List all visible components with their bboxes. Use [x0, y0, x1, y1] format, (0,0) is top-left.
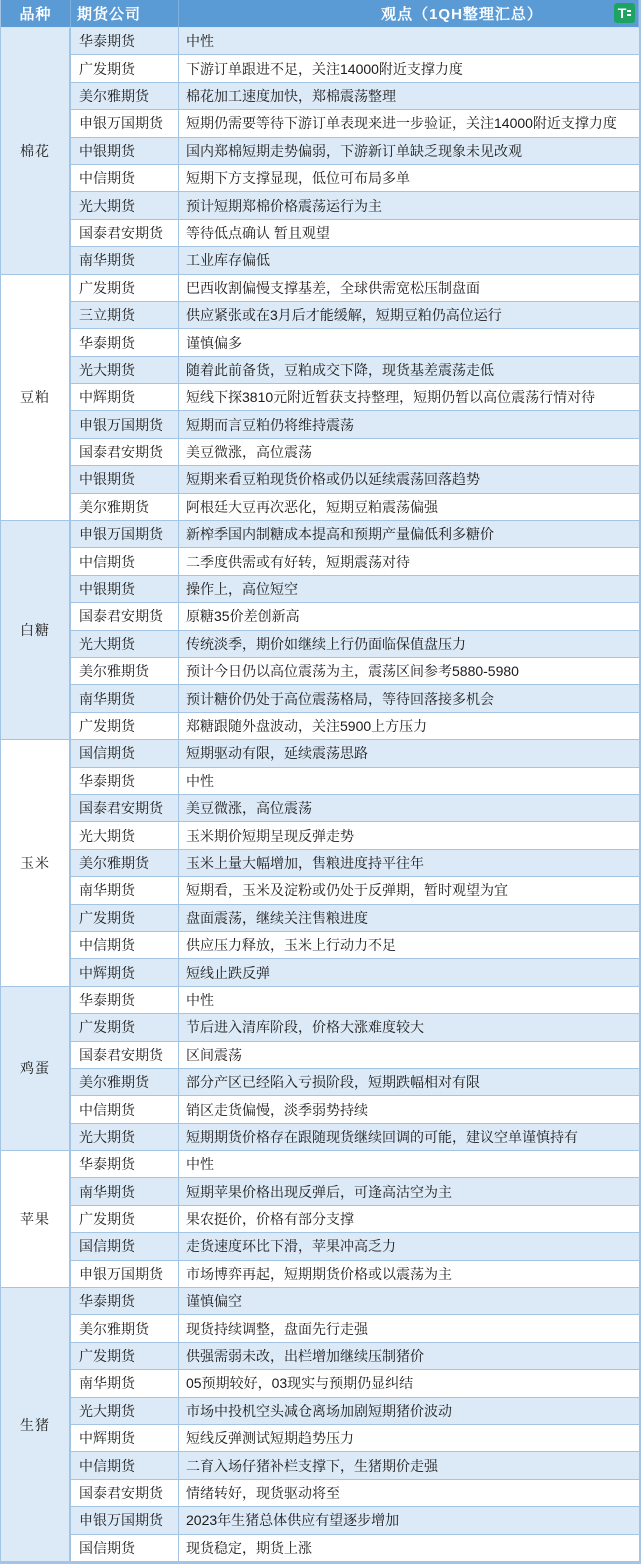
viewpoint-cell: 2023年生猪总体供应有望逐步增加 — [179, 1507, 639, 1534]
viewpoint-cell: 短线止跌反弹 — [179, 959, 639, 986]
viewpoint-cell: 预计糖价仍处于高位震荡格局，等待回落接多机会 — [179, 685, 639, 712]
viewpoint-cell: 等待低点确认 暂且观望 — [179, 220, 639, 247]
viewpoint-cell: 谨慎偏多 — [179, 329, 639, 356]
company-cell: 广发期货 — [71, 713, 179, 740]
company-cell: 中辉期货 — [71, 959, 179, 986]
company-cell: 广发期货 — [71, 905, 179, 932]
company-cell: 申银万国期货 — [71, 110, 179, 137]
viewpoint-cell: 短期来看豆粕现货价格或仍以延续震荡回落趋势 — [179, 466, 639, 493]
viewpoint-cell: 随着此前备货，豆粕成交下降，现货基差震荡走低 — [179, 357, 639, 384]
commodity-cell: 豆粕 — [1, 275, 71, 522]
viewpoint-cell: 传统淡季，期价如继续上行仍面临保值盘压力 — [179, 631, 639, 658]
viewpoint-cell: 棉花加工速度加快，郑棉震荡整理 — [179, 83, 639, 110]
viewpoint-cell: 二季度供需或有好转，短期震荡对待 — [179, 548, 639, 575]
company-cell: 中信期货 — [71, 165, 179, 192]
viewpoint-cell: 销区走货偏慢，淡季弱势持续 — [179, 1096, 639, 1123]
viewpoint-cell: 二育入场仔猪补栏支撑下，生猪期价走强 — [179, 1452, 639, 1479]
viewpoint-cell: 巴西收割偏慢支撑基差，全球供需宽松压制盘面 — [179, 275, 639, 302]
header-category: 品种 — [1, 0, 71, 28]
company-cell: 美尔雅期货 — [71, 494, 179, 521]
company-cell: 美尔雅期货 — [71, 1315, 179, 1342]
commodity-cell: 鸡蛋 — [1, 987, 71, 1151]
viewpoint-cell: 短期仍需要等待下游订单表现来进一步验证，关注14000附近支撑力度 — [179, 110, 639, 137]
company-cell: 国信期货 — [71, 740, 179, 767]
company-cell: 南华期货 — [71, 1370, 179, 1397]
company-cell: 申银万国期货 — [71, 1261, 179, 1288]
company-cell: 国泰君安期货 — [71, 439, 179, 466]
company-cell: 中银期货 — [71, 138, 179, 165]
viewpoint-cell: 供强需弱未改，出栏增加继续压制猪价 — [179, 1343, 639, 1370]
company-cell: 广发期货 — [71, 1343, 179, 1370]
viewpoint-cell: 现货持续调整，盘面先行走强 — [179, 1315, 639, 1342]
company-cell: 南华期货 — [71, 877, 179, 904]
viewpoint-cell: 短期期货价格存在跟随现货继续回调的可能，建议空单谨慎持有 — [179, 1124, 639, 1151]
company-cell: 华泰期货 — [71, 1288, 179, 1315]
company-cell: 光大期货 — [71, 822, 179, 849]
company-cell: 中信期货 — [71, 932, 179, 959]
company-cell: 美尔雅期货 — [71, 850, 179, 877]
viewpoint-cell: 供应压力释放，玉米上行动力不足 — [179, 932, 639, 959]
viewpoint-cell: 短期苹果价格出现反弹后，可逢高沽空为主 — [179, 1178, 639, 1205]
company-cell: 国泰君安期货 — [71, 220, 179, 247]
company-cell: 华泰期货 — [71, 768, 179, 795]
viewpoint-cell: 新榨季国内制糖成本提高和预期产量偏低利多糖价 — [179, 521, 639, 548]
viewpoint-cell: 郑糖跟随外盘波动，关注5900上方压力 — [179, 713, 639, 740]
company-cell: 光大期货 — [71, 1124, 179, 1151]
company-cell: 国泰君安期货 — [71, 603, 179, 630]
viewpoint-cell: 05预期较好，03现实与预期仍显纠结 — [179, 1370, 639, 1397]
company-cell: 中信期货 — [71, 548, 179, 575]
viewpoint-cell: 供应紧张或在3月后才能缓解，短期豆粕仍高位运行 — [179, 302, 639, 329]
viewpoint-cell: 短线下探3810元附近暂获支持整理，短期仍暂以高位震荡行情对待 — [179, 384, 639, 411]
company-cell: 国信期货 — [71, 1535, 179, 1562]
viewpoint-cell: 部分产区已经陷入亏损阶段，短期跌幅相对有限 — [179, 1069, 639, 1096]
viewpoint-cell: 盘面震荡，继续关注售粮进度 — [179, 905, 639, 932]
viewpoint-cell: 中性 — [179, 1151, 639, 1178]
viewpoint-cell: 果农挺价，价格有部分支撑 — [179, 1206, 639, 1233]
viewpoint-cell: 区间震荡 — [179, 1042, 639, 1069]
viewpoint-cell: 预计短期郑棉价格震荡运行为主 — [179, 192, 639, 219]
company-cell: 南华期货 — [71, 1178, 179, 1205]
commodity-cell: 玉米 — [1, 740, 71, 987]
company-cell: 中信期货 — [71, 1452, 179, 1479]
ifind-logo-icon: T — [614, 3, 635, 23]
viewpoint-cell: 阿根廷大豆再次恶化，短期豆粕震荡偏强 — [179, 494, 639, 521]
company-cell: 国泰君安期货 — [71, 1480, 179, 1507]
viewpoint-cell: 中性 — [179, 28, 639, 55]
company-cell: 南华期货 — [71, 247, 179, 274]
company-cell: 广发期货 — [71, 1206, 179, 1233]
company-cell: 美尔雅期货 — [71, 658, 179, 685]
company-cell: 国泰君安期货 — [71, 1042, 179, 1069]
company-cell: 申银万国期货 — [71, 411, 179, 438]
viewpoint-cell: 国内郑棉短期走势偏弱，下游新订单缺乏现象未见改观 — [179, 138, 639, 165]
company-cell: 南华期货 — [71, 685, 179, 712]
company-cell: 广发期货 — [71, 55, 179, 82]
company-cell: 国信期货 — [71, 1233, 179, 1260]
company-cell: 华泰期货 — [71, 28, 179, 55]
viewpoint-cell: 短线反弹测试短期趋势压力 — [179, 1425, 639, 1452]
viewpoint-cell: 中性 — [179, 987, 639, 1014]
company-cell: 申银万国期货 — [71, 1507, 179, 1534]
viewpoint-cell: 预计今日仍以高位震荡为主，震荡区间参考5880-5980 — [179, 658, 639, 685]
viewpoint-cell: 市场中投机空头减仓离场加剧短期猪价波动 — [179, 1398, 639, 1425]
commodity-cell: 生猪 — [1, 1288, 71, 1562]
viewpoint-cell: 市场博弈再起，短期期货价格或以震荡为主 — [179, 1261, 639, 1288]
company-cell: 申银万国期货 — [71, 521, 179, 548]
company-cell: 光大期货 — [71, 1398, 179, 1425]
company-cell: 三立期货 — [71, 302, 179, 329]
viewpoint-cell: 短期驱动有限，延续震荡思路 — [179, 740, 639, 767]
viewpoint-cell: 工业库存偏低 — [179, 247, 639, 274]
viewpoint-cell: 情绪转好，现货驱动将至 — [179, 1480, 639, 1507]
viewpoint-cell: 原糖35价差创新高 — [179, 603, 639, 630]
company-cell: 华泰期货 — [71, 987, 179, 1014]
company-cell: 中银期货 — [71, 466, 179, 493]
company-cell: 华泰期货 — [71, 329, 179, 356]
commodity-cell: 棉花 — [1, 28, 71, 275]
company-cell: 美尔雅期货 — [71, 83, 179, 110]
viewpoint-cell: 玉米期价短期呈现反弹走势 — [179, 822, 639, 849]
viewpoint-cell: 谨慎偏空 — [179, 1288, 639, 1315]
viewpoint-cell: 中性 — [179, 768, 639, 795]
company-cell: 广发期货 — [71, 1014, 179, 1041]
company-cell: 广发期货 — [71, 275, 179, 302]
commodity-cell: 苹果 — [1, 1151, 71, 1288]
company-cell: 华泰期货 — [71, 1151, 179, 1178]
viewpoint-cell: 玉米上量大幅增加，售粮进度持平往年 — [179, 850, 639, 877]
viewpoint-cell: 短期看，玉米及淀粉或仍处于反弹期，暂时观望为宜 — [179, 877, 639, 904]
header-viewpoint: 观点（1QH整理汇总） — [179, 0, 639, 28]
viewpoint-cell: 短期而言豆粕仍将维持震荡 — [179, 411, 639, 438]
viewpoint-cell: 走货速度环比下滑，苹果冲高乏力 — [179, 1233, 639, 1260]
viewpoint-cell: 节后进入清库阶段，价格大涨难度较大 — [179, 1014, 639, 1041]
viewpoint-cell: 操作上，高位短空 — [179, 576, 639, 603]
header-company: 期货公司 — [71, 0, 179, 28]
viewpoint-cell: 下游订单跟进不足，关注14000附近支撑力度 — [179, 55, 639, 82]
viewpoint-cell: 短期下方支撑显现，低位可布局多单 — [179, 165, 639, 192]
viewpoint-cell: 美豆微涨，高位震荡 — [179, 795, 639, 822]
company-cell: 中辉期货 — [71, 1425, 179, 1452]
company-cell: 中信期货 — [71, 1096, 179, 1123]
viewpoint-cell: 美豆微涨，高位震荡 — [179, 439, 639, 466]
commodity-cell: 白糖 — [1, 521, 71, 740]
company-cell: 美尔雅期货 — [71, 1069, 179, 1096]
company-cell: 光大期货 — [71, 192, 179, 219]
company-cell: 光大期货 — [71, 631, 179, 658]
company-cell: 光大期货 — [71, 357, 179, 384]
viewpoint-cell: 现货稳定，期货上涨 — [179, 1535, 639, 1562]
company-cell: 国泰君安期货 — [71, 795, 179, 822]
logo-letter: T — [618, 6, 627, 20]
company-cell: 中银期货 — [71, 576, 179, 603]
logo-bars-icon — [627, 10, 631, 16]
futures-opinions-table: 品种 期货公司 观点（1QH整理汇总） T 棉花华泰期货中性广发期货下游订单跟进… — [0, 0, 641, 1564]
company-cell: 中辉期货 — [71, 384, 179, 411]
